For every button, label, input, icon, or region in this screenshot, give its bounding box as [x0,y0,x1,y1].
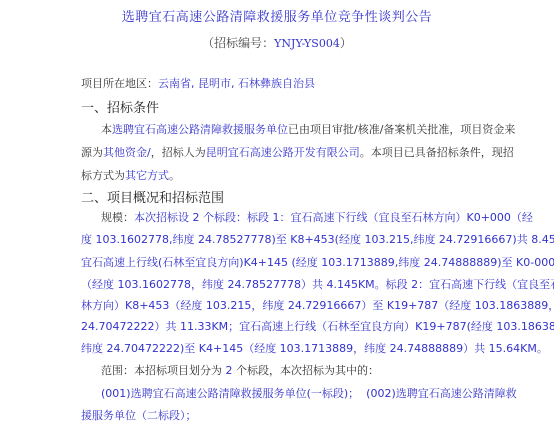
text: 。 [169,169,180,182]
tender-method: 其它方式 [125,169,169,182]
document-page: 选聘宜石高速公路清障救援服务单位竞争性谈判公告 （招标编号：YNJY-YS004… [0,0,554,426]
scale-line-3: 宜石高速上行线(石林至宜良方向)K4+145 (经度 103.1713889,纬… [81,256,491,270]
tender-number-prefix: （招标编号： [202,36,274,50]
section-1-line-3: 标方式为其它方式。 [81,169,491,183]
tender-number-suffix: ） [340,36,352,50]
text: 。本项目已具备招标条件，现招 [360,146,514,159]
scale-line-1: 规模：本次招标设 2 个标段：标段 1：宜石高速下行线（宜良至石林方向）K0+0… [101,211,511,225]
range-line: 范围：本招标项目划分为 2 个标段，本次招标为其中的： [101,364,511,378]
text: ，招标人为 [151,146,206,159]
location-value: 云南省, 昆明市, 石林彝族自治县 [158,77,315,90]
text: 个标段，本次招标为其中的： [233,364,380,377]
lot-count: 2 [226,364,233,377]
text: 源为 [81,146,103,159]
lots-line-2: 援服务单位（二标段）； [81,409,491,423]
scale-line-5: 林方向）K8+453（经度 103.215，纬度 24.72916667）至 K… [81,299,491,313]
fund-source: 其他资金/ [103,146,151,159]
tender-number-value: YNJY-YS004 [274,37,340,50]
page-title: 选聘宜石高速公路清障救援服务单位竞争性谈判公告 [0,6,554,25]
scale-line-4: （经度 103.1602778，纬度 24.78527778）共 4.145KM… [81,278,491,292]
project-name: 选聘宜石高速公路清障救援服务单位 [112,123,288,136]
lot-2: (002)选聘宜石高速公路清障救 [366,387,517,400]
range-label: 范围：本招标项目划分为 [101,364,226,377]
section-1-line-1: 本选聘宜石高速公路清障救援服务单位已由项目审批/核准/备案机关批准，项目资金来 [101,123,511,137]
section-2-heading: 二、项目概况和招标范围 [81,187,224,206]
text: 标方式为 [81,169,125,182]
text: 已由项目审批/核准/备案机关批准，项目资金来 [288,123,515,136]
text: 本 [101,123,112,136]
lot-1: (001)选聘宜石高速公路清障救援服务单位(一标段)； [101,387,359,400]
section-1-heading: 一、招标条件 [81,97,159,116]
tenderer-name: 昆明宜石高速公路开发有限公司 [206,146,360,159]
scale-line-2: 度 103.1602778,纬度 24.78527778)至 K8+453(经度… [81,233,491,247]
scale-line-6: 24.70472222）共 11.33KM；宜石高速上行线（石林至宜良方向）K1… [81,320,491,334]
scale-text: 本次招标设 2 个标段：标段 1：宜石高速下行线（宜良至石林方向）K0+000（… [134,211,533,224]
lots-line-1: (001)选聘宜石高速公路清障救援服务单位(一标段)； (002)选聘宜石高速公… [101,387,511,401]
project-location: 项目所在地区：云南省, 昆明市, 石林彝族自治县 [81,77,491,91]
scale-line-7: 纬度 24.70472222)至 K4+145（经度 103.1713889，纬… [81,342,491,356]
location-label: 项目所在地区： [81,77,158,90]
tender-number: （招标编号：YNJY-YS004） [0,34,554,51]
scale-label: 规模： [101,211,134,224]
section-1-line-2: 源为其他资金/，招标人为昆明宜石高速公路开发有限公司。本项目已具备招标条件，现招 [81,146,491,160]
